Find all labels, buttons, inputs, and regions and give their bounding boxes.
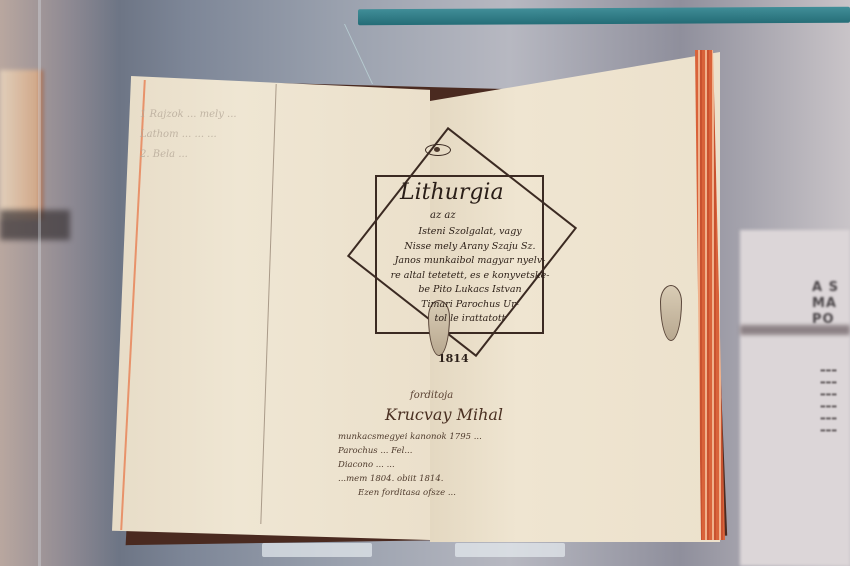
placard-line: PO <box>812 312 839 328</box>
manuscript-subtitle: az az <box>430 210 456 221</box>
title-line: Isteni Szolgalat, vagy <box>370 225 570 240</box>
title-line: Nisse mely Arany Szaju Sz. <box>370 240 570 255</box>
pencil-note-line: Lathom ... ... ... <box>140 125 237 145</box>
title-line: Janos munkaibol magyar nyelv- <box>370 254 570 269</box>
background-shadow <box>0 210 70 240</box>
glass-shelf <box>358 7 850 26</box>
placard-body-text: ▬▬▬▬▬▬▬▬▬▬▬▬▬▬▬▬▬▬ <box>820 365 850 437</box>
title-text-block: Isteni Szolgalat, vagy Nisse mely Arany … <box>370 225 570 327</box>
title-line: tol le irattatott <box>370 312 570 327</box>
pencil-notes: 1 Rajzok ... mely ... Lathom ... ... ...… <box>140 105 237 165</box>
background-book-reflection <box>0 70 43 220</box>
note-line: munkacsmegyei kanonok 1795 ... <box>338 430 618 444</box>
manuscript-title: Lithurgia <box>400 180 504 205</box>
note-line: Parochus ... Fel... <box>338 444 618 458</box>
placard-line: MA <box>812 296 839 312</box>
handwritten-notes: munkacsmegyei kanonok 1795 ... Parochus … <box>338 430 618 500</box>
eye-of-providence-icon <box>425 144 451 156</box>
acrylic-stand <box>455 543 565 557</box>
translator-label: forditoja <box>410 390 453 401</box>
note-line: Diacono ... ... <box>338 458 618 472</box>
note-line: Ezen forditasa ofsze ... <box>338 486 618 500</box>
pencil-note-line: 2. Bela ... <box>140 145 237 165</box>
note-line: ...mem 1804. obiit 1814. <box>338 472 618 486</box>
title-line: re altal tetetett, es e konyvetske- <box>370 269 570 284</box>
title-line: be Pito Lukacs Istvan <box>370 283 570 298</box>
translator-name: Krucvay Mihal <box>385 405 503 424</box>
museum-display-scene: A S MA PO ▬▬▬▬▬▬▬▬▬▬▬▬▬▬▬▬▬▬ 1 Rajzok ..… <box>0 0 850 566</box>
title-line: Timari Parochus Ur- <box>370 298 570 313</box>
pencil-note-line: 1 Rajzok ... mely ... <box>140 105 237 125</box>
acrylic-stand <box>262 543 372 557</box>
manuscript-year: 1814 <box>438 352 469 365</box>
glass-panel-edge <box>38 0 41 566</box>
placard-line: A S <box>812 280 839 296</box>
placard-heading: A S MA PO <box>812 280 839 328</box>
